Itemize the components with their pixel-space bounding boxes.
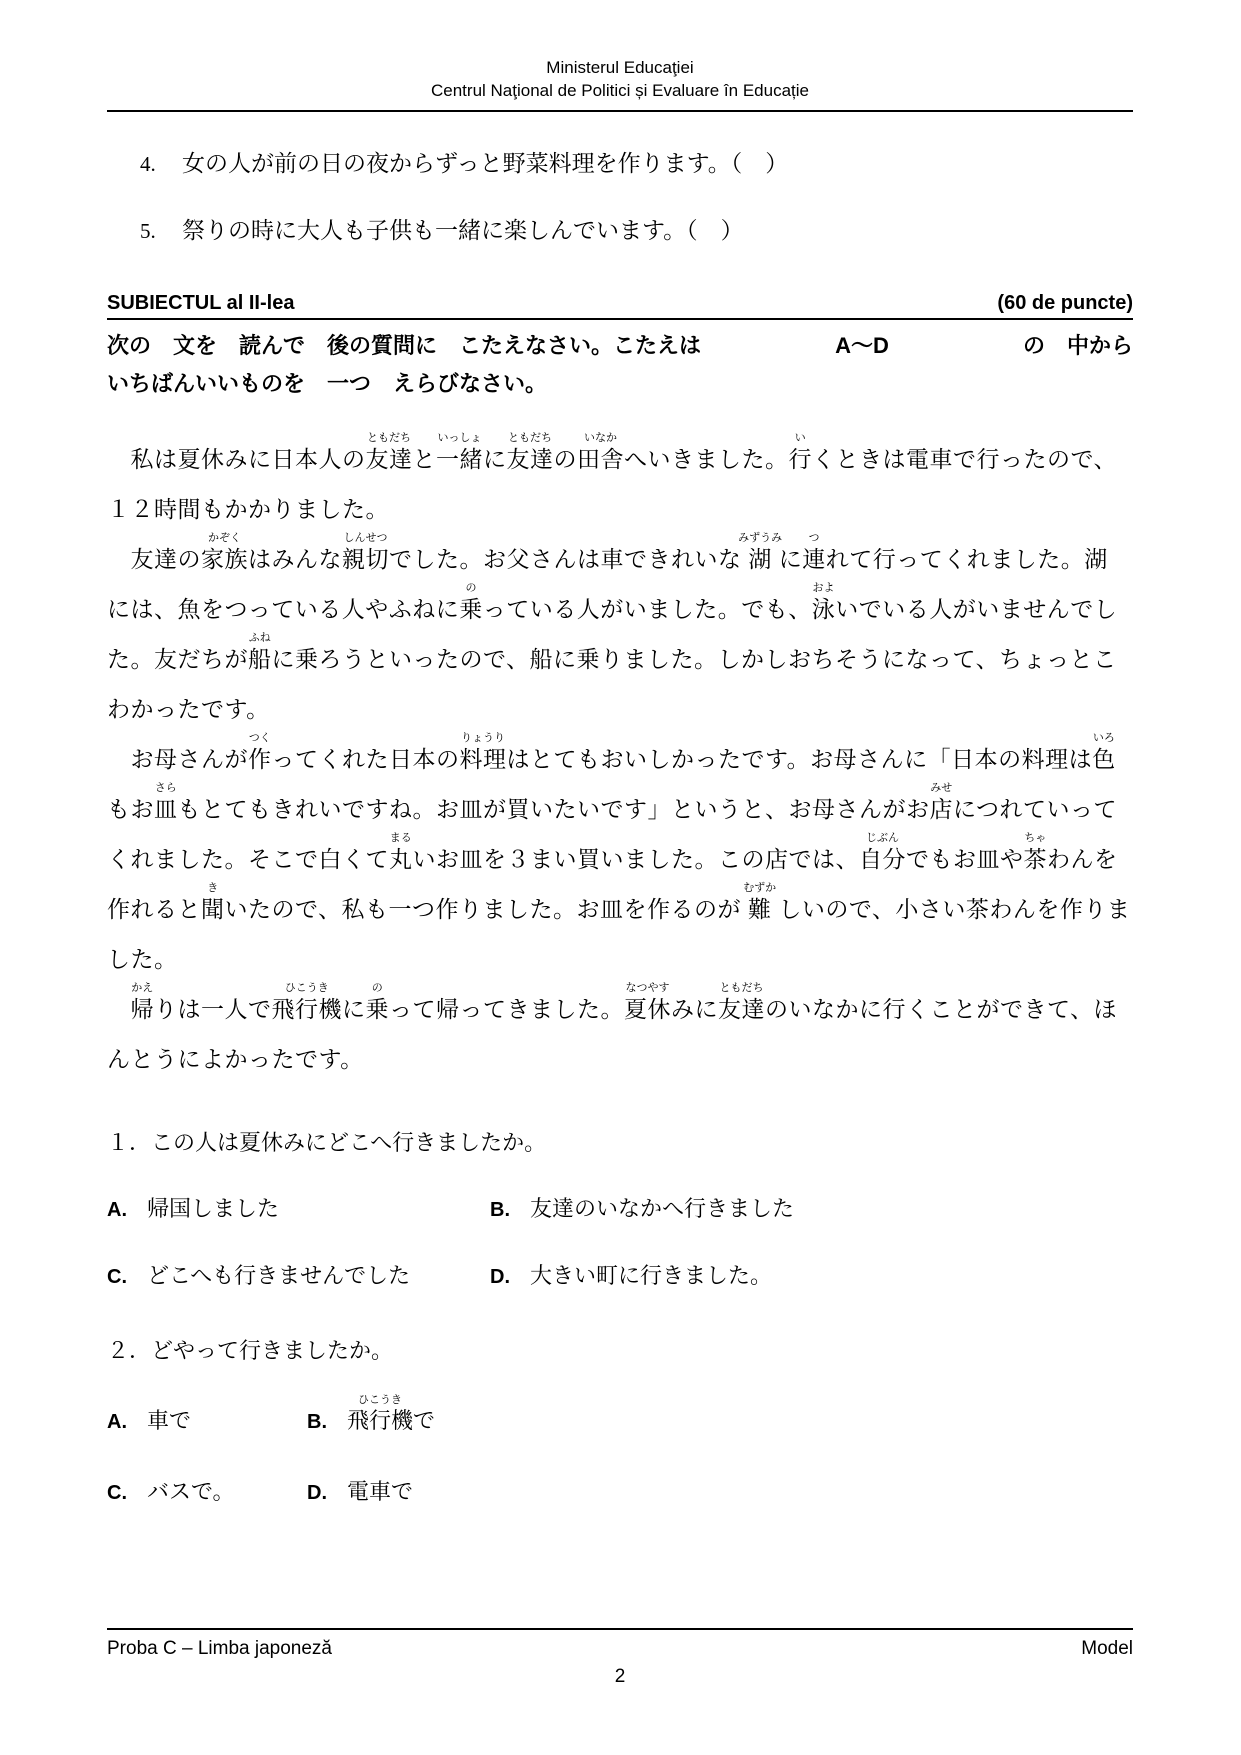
passage-line: かえ帰りは一人でひこうき飛行機にの乗って帰ってきました。なつやす夏休みにともだち…	[107, 984, 1133, 1034]
subject-title: SUBIECTUL al II-lea	[107, 292, 294, 315]
furigana: き	[207, 883, 218, 894]
passage-line: くれました。そこで白くてまる丸いお皿を３まい買いました。この店では、じぶん自分で…	[107, 834, 1133, 884]
instruction-part-right: の 中から	[1023, 330, 1133, 362]
page-number: 2	[107, 1666, 1133, 1688]
question-text: ２．どやって行きましたか。	[107, 1336, 1133, 1366]
instruction-line-1: 次の 文を 読んで 後の質問に こたえなさい。こたえは A～D の 中から	[107, 330, 1133, 362]
footer-exam-name: Proba C – Limba japoneză	[107, 1638, 332, 1660]
option-letter: B.	[490, 1199, 510, 1221]
passage-line: 作れるとき聞いたので、私も一つ作りました。お皿を作るのが むずか難 しいので、小…	[107, 884, 1133, 934]
ruby-segment: つく作	[248, 746, 272, 772]
furigana: ともだち	[508, 433, 552, 444]
footer-model-label: Model	[1081, 1638, 1133, 1660]
instruction-part-ad: A～D	[835, 330, 889, 362]
item-text: 女の人が前の日の夜からずっと野菜料理を作ります。（ ）	[182, 150, 788, 176]
furigana: ひこうき	[358, 1395, 402, 1406]
ruby-segment: き聞	[201, 896, 225, 922]
furigana: いっしょ	[438, 433, 482, 444]
passage-line: んとうによかったです。	[107, 1034, 1133, 1084]
passage-line: には、魚をつっている人やふねにの乗っている人がいました。でも、およ泳いでいる人が…	[107, 584, 1133, 634]
option-letter: D.	[307, 1482, 327, 1504]
ruby-segment: かえ帰	[131, 996, 155, 1022]
document-page: Ministerul Educaţiei Centrul Naţional de…	[0, 0, 1241, 1755]
ruby-segment: かぞく家族	[201, 546, 248, 572]
ruby-segment: むずか難	[748, 896, 772, 922]
header-line-2: Centrul Naţional de Politici și Evaluare…	[107, 79, 1133, 102]
furigana: つく	[249, 733, 271, 744]
ruby-segment: まる丸	[389, 846, 413, 872]
ruby-segment: ふね船	[248, 646, 272, 672]
page-footer: Proba C – Limba japoneză Model 2	[107, 1628, 1133, 1688]
furigana: かぞく	[208, 533, 241, 544]
furigana: まる	[390, 833, 412, 844]
question-text: １．この人は夏休みにどこへ行きましたか。	[107, 1128, 1133, 1158]
option-d: D.大きい町に行きました。	[490, 1261, 772, 1292]
furigana: の	[466, 583, 477, 594]
furigana: みせ	[930, 783, 952, 794]
option-b: B.友達のいなかへ行きました	[490, 1194, 794, 1225]
ruby-segment: ともだち友達	[507, 446, 554, 472]
ruby-segment: い行	[789, 446, 813, 472]
furigana: い	[795, 433, 806, 444]
furigana: しんせつ	[344, 533, 388, 544]
ruby-segment: さら皿	[154, 796, 178, 822]
option-letter: A.	[107, 1411, 127, 1433]
header-line-1: Ministerul Educaţiei	[107, 56, 1133, 79]
ruby-segment: ひこうき飛行機	[272, 996, 343, 1022]
ruby-segment: ともだち友達	[366, 446, 413, 472]
page-header: Ministerul Educaţiei Centrul Naţional de…	[107, 0, 1133, 102]
listening-item-4: 4.女の人が前の日の夜からずっと野菜料理を作ります。（ ）	[107, 148, 1133, 179]
options-row: C.バスで。D.電車で	[107, 1477, 1133, 1508]
furigana: むずか	[743, 883, 776, 894]
ruby-segment: じぶん自分	[859, 846, 906, 872]
item-text: 祭りの時に大人も子供も一緒に楽しんでいます。（ ）	[182, 217, 744, 243]
furigana: みずうみ	[738, 533, 782, 544]
option-letter: C.	[107, 1482, 127, 1504]
ruby-segment: いっしょ一緒	[436, 446, 483, 472]
furigana: つ	[809, 533, 820, 544]
option-letter: B.	[307, 1411, 327, 1433]
option-c: C.バスで。	[107, 1477, 307, 1508]
passage-line: もおさら皿もとてもきれいですね。お皿が買いたいです」というと、お母さんがおみせ店…	[107, 784, 1133, 834]
ruby-segment: の乗	[366, 996, 390, 1022]
passage-line: した。	[107, 934, 1133, 984]
ruby-segment: なつやす夏休	[624, 996, 671, 1022]
furigana: ともだち	[367, 433, 411, 444]
ruby-segment: つ連	[802, 546, 826, 572]
furigana: りょうり	[461, 733, 505, 744]
furigana: なつやす	[626, 983, 670, 994]
subject-heading: SUBIECTUL al II-lea (60 de puncte)	[107, 292, 1133, 320]
furigana: ふね	[249, 633, 271, 644]
subject-points: (60 de puncte)	[997, 292, 1133, 315]
furigana: さら	[155, 783, 177, 794]
option-d: D.電車で	[307, 1477, 413, 1508]
options-row: C.どこへも行きませんでしたD.大きい町に行きました。	[107, 1261, 1133, 1292]
passage-line: た。友だちがふね船に乗ろうといったので、船に乗りました。しかしおちそうになって、…	[107, 634, 1133, 684]
ruby-segment: ともだち友達	[718, 996, 765, 1022]
ruby-segment: りょうり料理	[460, 746, 507, 772]
passage-line: １２時間もかかりました。	[107, 484, 1133, 534]
furigana: いろ	[1093, 733, 1115, 744]
ruby-segment: ひこうき飛行機	[347, 1408, 413, 1433]
options-row: A.車でB.ひこうき飛行機で	[107, 1406, 1133, 1437]
ruby-segment: みせ店	[930, 796, 954, 822]
instruction-part-left: 次の 文を 読んで 後の質問に こたえなさい。こたえは	[107, 330, 701, 362]
item-number: 4.	[140, 149, 182, 179]
furigana: いなか	[584, 433, 617, 444]
ruby-segment: の乗	[459, 596, 483, 622]
option-letter: C.	[107, 1266, 127, 1288]
passage-line: 友達のかぞく家族はみんなしんせつ親切でした。お父さんは車できれいな みずうみ湖 …	[107, 534, 1133, 584]
ruby-segment: みずうみ湖	[748, 546, 772, 572]
furigana: の	[372, 983, 383, 994]
furigana: じぶん	[866, 833, 899, 844]
furigana: およ	[813, 583, 835, 594]
option-c: C.どこへも行きませんでした	[107, 1261, 490, 1292]
passage-line: 私は夏休みに日本人のともだち友達といっしょ一緒にともだち友達のいなか田舎へいきま…	[107, 434, 1133, 484]
questions: １．この人は夏休みにどこへ行きましたか。A.帰国しましたB.友達のいなかへ行きま…	[107, 1128, 1133, 1508]
furigana: ひこうき	[285, 983, 329, 994]
option-b: B.ひこうき飛行機で	[307, 1406, 435, 1437]
passage: 私は夏休みに日本人のともだち友達といっしょ一緒にともだち友達のいなか田舎へいきま…	[107, 434, 1133, 1084]
question-2: ２．どやって行きましたか。A.車でB.ひこうき飛行機でC.バスで。D.電車で	[107, 1336, 1133, 1508]
ruby-segment: いろ色	[1092, 746, 1116, 772]
furigana: かえ	[131, 983, 153, 994]
instruction-line-2: いちばんいいものを 一つ えらびなさい。	[107, 368, 1133, 400]
ruby-segment: およ泳	[812, 596, 836, 622]
option-a: A.車で	[107, 1406, 307, 1437]
option-letter: A.	[107, 1199, 127, 1221]
ruby-segment: ちゃ茶	[1024, 846, 1048, 872]
furigana: ともだち	[720, 983, 764, 994]
ruby-segment: いなか田舎	[577, 446, 624, 472]
options-row: A.帰国しましたB.友達のいなかへ行きました	[107, 1194, 1133, 1225]
footer-divider	[107, 1628, 1133, 1630]
ruby-segment: しんせつ親切	[342, 546, 389, 572]
header-divider	[107, 110, 1133, 112]
passage-line: お母さんがつく作ってくれた日本のりょうり料理はとてもおいしかったです。お母さんに…	[107, 734, 1133, 784]
furigana: ちゃ	[1024, 833, 1046, 844]
listening-item-5: 5.祭りの時に大人も子供も一緒に楽しんでいます。（ ）	[107, 215, 1133, 246]
passage-line: わかったです。	[107, 684, 1133, 734]
question-1: １．この人は夏休みにどこへ行きましたか。A.帰国しましたB.友達のいなかへ行きま…	[107, 1128, 1133, 1292]
item-number: 5.	[140, 216, 182, 246]
option-a: A.帰国しました	[107, 1194, 490, 1225]
option-letter: D.	[490, 1266, 510, 1288]
